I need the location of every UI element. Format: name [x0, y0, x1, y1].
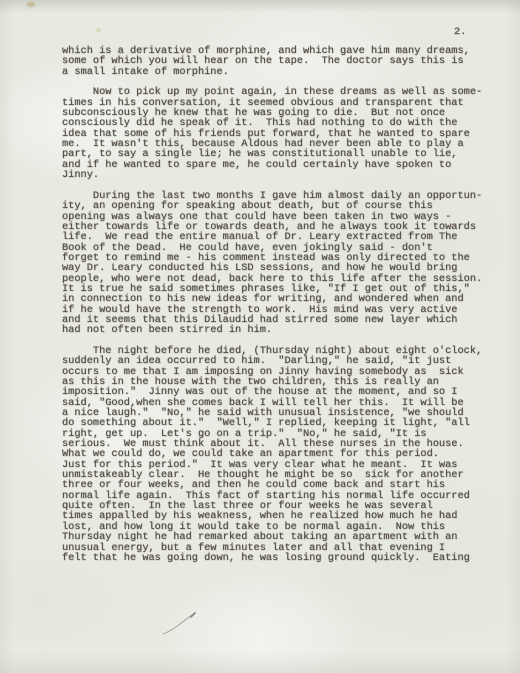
- page-number: 2.: [454, 27, 466, 37]
- paragraph: Now to pick up my point again, in these …: [62, 87, 502, 180]
- letter-body: which is a derivative of morphine, and w…: [62, 46, 502, 563]
- paragraph: which is a derivative of morphine, and w…: [62, 46, 502, 77]
- paragraph: The night before he died, (Thursday nigh…: [62, 346, 502, 563]
- scanned-letter-page: 2. which is a derivative of morphine, an…: [0, 0, 520, 673]
- paper-stain: [96, 28, 101, 32]
- paper-stain: [27, 2, 35, 7]
- pencil-mark: [161, 611, 199, 637]
- paragraph: During the last two months I gave him al…: [62, 191, 502, 336]
